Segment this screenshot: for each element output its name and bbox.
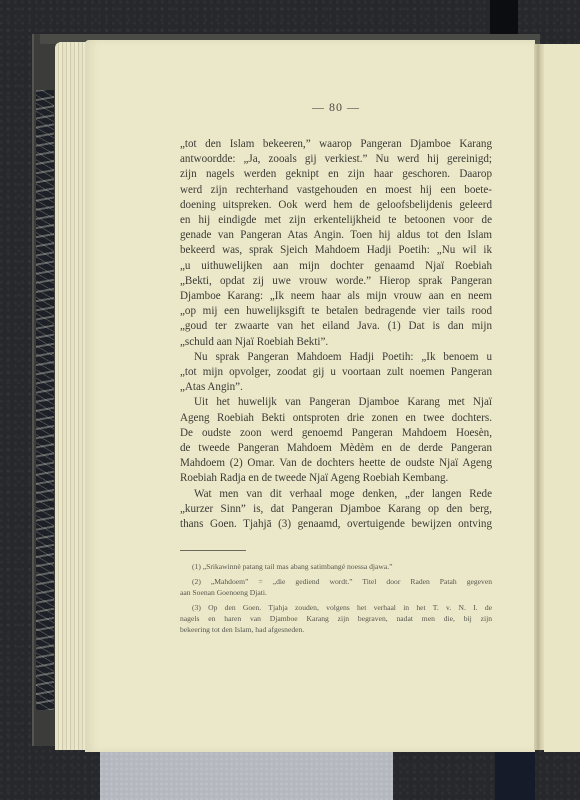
text-line: „op mij een huwelijksgift te betalen bed… xyxy=(180,304,492,319)
paragraph: Uit het huwelijk van Pangeran Djamboe Ka… xyxy=(180,395,492,486)
text-line: zijn nagels werden geknipt en zijn haar … xyxy=(180,167,492,182)
text-line: „goud ter zwaarte van het eiland Java. (… xyxy=(180,319,492,334)
paragraph: Nu sprak Pangeran Mahdoem Hadji Poetih: … xyxy=(180,350,492,396)
text-line: „kurzer Sinn” is, dat Pangeran Djamboe K… xyxy=(180,502,492,517)
footnote-line: bekeering tot den Islam, had afgesneden. xyxy=(180,624,492,635)
text-line: „schuld aan Njaï Roebiah Bekti”. xyxy=(180,335,492,350)
text-line: Wat men van dit verhaal moge denken, „de… xyxy=(180,487,492,502)
text-line: werd zijn rechterhand vastgehouden en mo… xyxy=(180,183,492,198)
text-line: de tweede Pangeran Mahdoem Mèdèm en de d… xyxy=(180,441,492,456)
text-line: thans Goen. Tjahjā (3) genaamd, overtuig… xyxy=(180,517,492,532)
footnote-line: (3) Op den Goen. Tjahja zouden, volgens … xyxy=(180,602,492,613)
footnote-separator xyxy=(180,550,246,551)
footnote-line: aan Soenan Goenoeng Djati. xyxy=(180,587,492,598)
text-line: Ageng Roebiah Bekti ontsproten drie zone… xyxy=(180,411,492,426)
text-line: doening uitspreken. Ook werd hem de gelo… xyxy=(180,198,492,213)
text-line: Roebiah Radja en de tweede Njaï Ageng Ro… xyxy=(180,471,492,486)
grey-backing-paper xyxy=(100,752,393,800)
body-text: „tot den Islam bekeeren,” waarop Pangera… xyxy=(180,137,492,532)
text-line: „u uithuwelijken aan mijn dochter genaam… xyxy=(180,259,492,274)
footnote-line: (2) „Mahdoem” = „die gediend wordt.” Tit… xyxy=(180,576,492,587)
footnote: (3) Op den Goen. Tjahja zouden, volgens … xyxy=(180,602,492,635)
book-gutter xyxy=(534,44,544,750)
footnote: (2) „Mahdoem” = „die gediend wordt.” Tit… xyxy=(180,576,492,598)
footnotes: (1) „Srikawinnè patang tail mas abang sa… xyxy=(180,561,492,635)
text-line: „Bekti, opdat zij uwe vrouw worde.” Hier… xyxy=(180,274,492,289)
footnote-line: nagels en haren van Djamboe Karang zijn … xyxy=(180,613,492,624)
text-line: Djamboe Karang: „Ik neem haar als mijn v… xyxy=(180,289,492,304)
text-line: „tot den Islam bekeeren,” waarop Pangera… xyxy=(180,137,492,152)
page-number: — 80 — xyxy=(180,100,492,115)
text-line: bekeerd was, sprak Sjeich Mahdoem Hadji … xyxy=(180,243,492,258)
text-line: antwoordde: „Ja, zooals gij verkiest.” N… xyxy=(180,152,492,167)
text-line: „tot mijn opvolger, zoodat gij u voortaa… xyxy=(180,365,492,380)
footnote: (1) „Srikawinnè patang tail mas abang sa… xyxy=(180,561,492,572)
text-line: Uit het huwelijk van Pangeran Djamboe Ka… xyxy=(180,395,492,410)
text-line: Mahdoem (2) Omar. Van de dochters heette… xyxy=(180,456,492,471)
text-line: Nu sprak Pangeran Mahdoem Hadji Poetih: … xyxy=(180,350,492,365)
text-line: „Atas Angin”. xyxy=(180,380,492,395)
text-line: en hij eindigde met zijn erkentelijkheid… xyxy=(180,213,492,228)
text-line: genade van Pangeran Atas Angin. Toen hij… xyxy=(180,228,492,243)
footnote-line: (1) „Srikawinnè patang tail mas abang sa… xyxy=(180,561,492,572)
paragraph: „tot den Islam bekeeren,” waarop Pangera… xyxy=(180,137,492,350)
page-content: — 80 — „tot den Islam bekeeren,” waarop … xyxy=(180,90,492,639)
background-dark-strip xyxy=(495,752,535,800)
facing-page-edge xyxy=(544,44,580,752)
text-line: De oudste zoon werd genoemd Pangeran Mah… xyxy=(180,426,492,441)
paragraph: Wat men van dit verhaal moge denken, „de… xyxy=(180,487,492,533)
marbled-endpaper xyxy=(36,90,54,710)
